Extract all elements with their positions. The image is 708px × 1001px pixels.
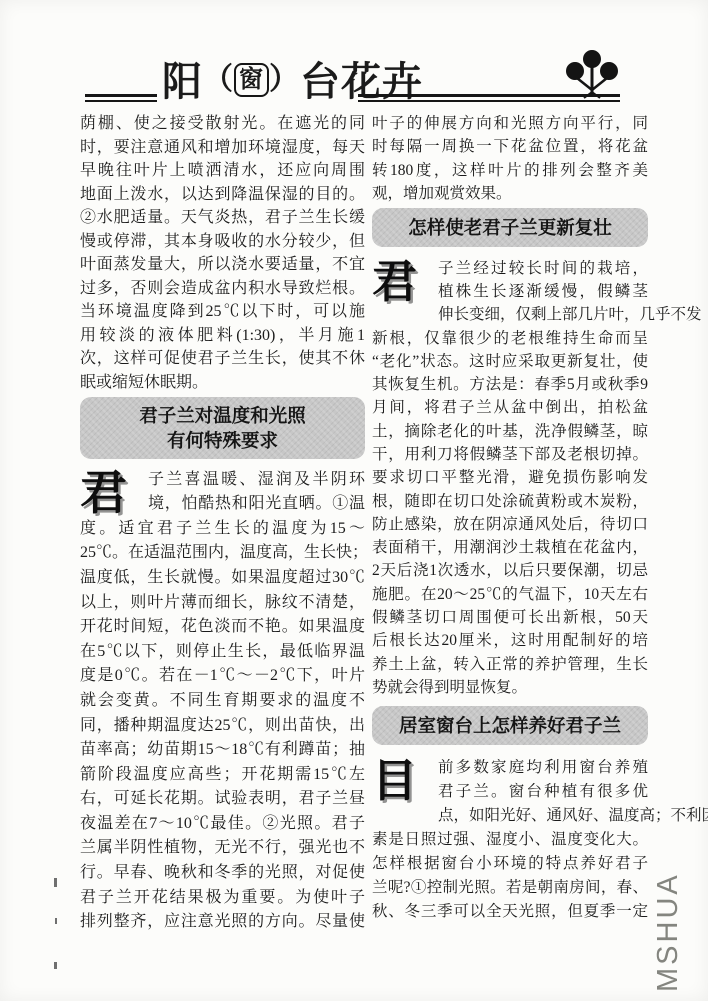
text-line: 夜温差在7～10℃最佳。②光照。君子 [80, 812, 365, 837]
text-line: 君子兰开花结果极为重要。为使叶子 [80, 886, 365, 911]
paragraph-lines: 荫棚、使之接受散射光。在遮光的同时，要注意通风和增加环境湿度，每天早晚往叶片上喷… [80, 112, 365, 395]
text-line: 素是日照过强、湿度小、温度变化大。 [372, 828, 648, 852]
left-text-column: 荫棚、使之接受散射光。在遮光的同时，要注意通风和增加环境湿度，每天早晚往叶片上喷… [80, 112, 365, 935]
paragraph-lines: 叶子的伸展方向和光照方向平行，同时每隔一周换一下花盆位置，将花盆转180度，这样… [372, 112, 648, 206]
text-line: 干，用利刀将假鳞茎下部及老根切掉。 [372, 443, 648, 466]
paragraph-leaf-direction: 叶子的伸展方向和光照方向平行，同时每隔一周换一下花盆位置，将花盆转180度，这样… [372, 112, 648, 206]
paragraph-temperature-light: 君 子兰喜温暖、湿润及半阴环境，怕酷热和阳光直晒。①温度。适宜君子兰生长的温度为… [80, 468, 365, 935]
boxed-title-char: 窗 [234, 63, 269, 97]
heading-line: 君子兰对温度和光照 [80, 403, 365, 428]
text-line: 其恢复生机。方法是：春季5月或秋季9 [372, 373, 648, 396]
paragraph-water-care: 荫棚、使之接受散射光。在遮光的同时，要注意通风和增加环境湿度，每天早晚往叶片上喷… [80, 112, 365, 395]
text-line: 兰呢?①控制光照。若是朝南房间，春、 [372, 876, 648, 900]
text-line: 就会变黄。不同生育期要求的温度不 [80, 689, 365, 714]
page-header: 阳（窗）台花卉 [80, 52, 646, 110]
scan-speck [54, 878, 57, 887]
text-line: 时每隔一周换一下花盆位置，将花盆 [372, 135, 648, 158]
text-line: 地面上泼水，以达到降温保湿的目的。 [80, 183, 365, 207]
text-line: 兰属半阴性植物，无光不行，强光也不 [80, 836, 365, 861]
text-line: 怎样根据窗台小环境的特点养好君子 [372, 852, 648, 876]
section-heading-rejuvenate: 怎样使老君子兰更新复壮 [372, 208, 648, 247]
text-line: “老化”状态。这时应采取更新复壮，使 [372, 350, 648, 373]
text-line: 表面稍干，用潮润沙土栽植在花盆内， [372, 536, 648, 559]
title-prefix: 阳 [162, 59, 203, 104]
text-line: 月间，将君子兰从盆中倒出，拍松盆 [372, 396, 648, 419]
text-line: 防止感染，放在阴凉通风处后，待切口 [372, 513, 648, 536]
text-line: 右，可延长花期。试验表明，君子兰昼 [80, 787, 365, 812]
text-line: 度是0℃。若在－1℃～－2℃下，叶片 [80, 664, 365, 689]
section-heading-windowsill: 居室窗台上怎样养好君子兰 [372, 706, 648, 745]
text-line: 苗率高；幼苗期15～18℃有利蹲苗；抽 [80, 738, 365, 763]
text-line: 眠或缩短休眠期。 [80, 371, 365, 395]
text-line: 2天后浇1次透水，以后只要保潮，切忌 [372, 559, 648, 582]
paragraph-rejuvenate: 君 子兰经过较长时间的栽培，植株生长逐渐缓慢，假鳞茎伸长变细，仅剩上部几片叶，几… [372, 257, 648, 700]
text-line: 养土上盆，转入正常的养护管理，生长 [372, 653, 648, 676]
text-line: 同，播种期温度达25℃，则出苗快，出 [80, 714, 365, 739]
text-line: ②水肥适量。天气炎热，君子兰生长缓 [80, 206, 365, 230]
text-line: 用较淡的液体肥料(1:30)，半月施1 [80, 324, 365, 348]
scanned-book-page: 阳（窗）台花卉 荫棚、使之接受散射光。在遮光的同时，要注意通风和增加环境湿度，每… [0, 0, 708, 1001]
dropcap-jun: 君 [372, 260, 428, 306]
text-line: 根，随即在切口处涂硫黄粉或木炭粉， [372, 490, 648, 513]
heading-line: 有何特殊要求 [80, 428, 365, 453]
clover-flower-icon [564, 50, 620, 102]
text-line: 势就会得到明显恢复。 [372, 676, 648, 699]
paragraph-lines: 子兰喜温暖、湿润及半阴环境，怕酷热和阳光直晒。①温度。适宜君子兰生长的温度为15… [80, 468, 365, 935]
text-line: 要求切口平整光滑，避免损伤影响发 [372, 466, 648, 489]
paragraph-windowsill: 目 前多数家庭均利用窗台养殖君子兰。窗台种植有很多优点，如阳光好、通风好、温度高… [372, 756, 648, 923]
text-line: 早晚往叶片上喷洒清水，还应向周围 [80, 159, 365, 183]
text-line: 点，如阳光好、通风好、温度高；不利因 [372, 804, 648, 828]
text-line: 温度低，生长就慢。如果温度超过30℃ [80, 566, 365, 591]
text-line: 开花时间短，花色淡而不艳。如果温度 [80, 615, 365, 640]
scan-speck [55, 918, 57, 924]
text-line: 过多，否则会造成盆内积水导致烂根。 [80, 277, 365, 301]
paren-open: （ [203, 63, 234, 96]
watermark: MSHUA [652, 868, 694, 992]
heading-line: 居室窗台上怎样养好君子兰 [372, 713, 648, 738]
text-line: 施肥。在20～25℃的气温下，10天左右 [372, 583, 648, 606]
text-line: 当环境温度降到25℃以下时，可以施 [80, 300, 365, 324]
text-line: 慢或停滞，其本身吸收的水分较少，但 [80, 230, 365, 254]
text-line: 伸长变细，仅剩上部几片叶，几乎不发 [372, 303, 648, 326]
text-line: 排列整齐，应注意光照的方向。尽量使 [80, 910, 365, 935]
text-line: 土，摘除老化的叶基，洗净假鳞茎，晾 [372, 420, 648, 443]
text-line: 荫棚、使之接受散射光。在遮光的同 [80, 112, 365, 136]
text-line: 25℃。在适温范围内，温度高，生长快； [80, 541, 365, 566]
text-line: 新根，仅靠很少的老根维持生命而呈 [372, 327, 648, 350]
heading-line: 怎样使老君子兰更新复壮 [372, 215, 648, 240]
text-line: 转180度，这样叶片的排列会整齐美 [372, 159, 648, 182]
text-line: 箭阶段温度应高些；开花期需15℃左 [80, 763, 365, 788]
section-heading-temperature-light: 君子兰对温度和光照 有何特殊要求 [80, 397, 365, 459]
text-line: 观，增加观赏效果。 [372, 182, 648, 205]
right-text-column: 叶子的伸展方向和光照方向平行，同时每隔一周换一下花盆位置，将花盆转180度，这样… [372, 112, 648, 924]
text-line: 行。早春、晚秋和冬季的光照，对促使 [80, 861, 365, 886]
text-line: 叶子的伸展方向和光照方向平行，同 [372, 112, 648, 135]
dropcap-mu: 目 [372, 759, 428, 805]
text-line: 次，这样可促使君子兰生长，使其不休 [80, 347, 365, 371]
text-line: 度。适宜君子兰生长的温度为15～ [80, 517, 365, 542]
text-line: 假鳞茎切口周围便可长出新根，50天 [372, 606, 648, 629]
text-line: 以上，则叶片薄而细长，脉纹不清楚， [80, 591, 365, 616]
text-line: 后根长达20厘米，这时用配制好的培 [372, 629, 648, 652]
paragraph-lines: 子兰经过较长时间的栽培，植株生长逐渐缓慢，假鳞茎伸长变细，仅剩上部几片叶，几乎不… [372, 257, 648, 700]
text-line: 叶面蒸发量大，所以浇水要适量，不宜 [80, 253, 365, 277]
header-rule-left [85, 94, 157, 102]
paren-close: ） [269, 63, 300, 96]
text-line: 秋、冬三季可以全天光照，但夏季一定 [372, 900, 648, 924]
text-line: 在5℃以下，则停止生长，最低临界温 [80, 640, 365, 665]
dropcap-jun: 君 [80, 471, 138, 517]
text-line: 时，要注意通风和增加环境湿度，每天 [80, 136, 365, 160]
scan-speck [54, 962, 57, 969]
